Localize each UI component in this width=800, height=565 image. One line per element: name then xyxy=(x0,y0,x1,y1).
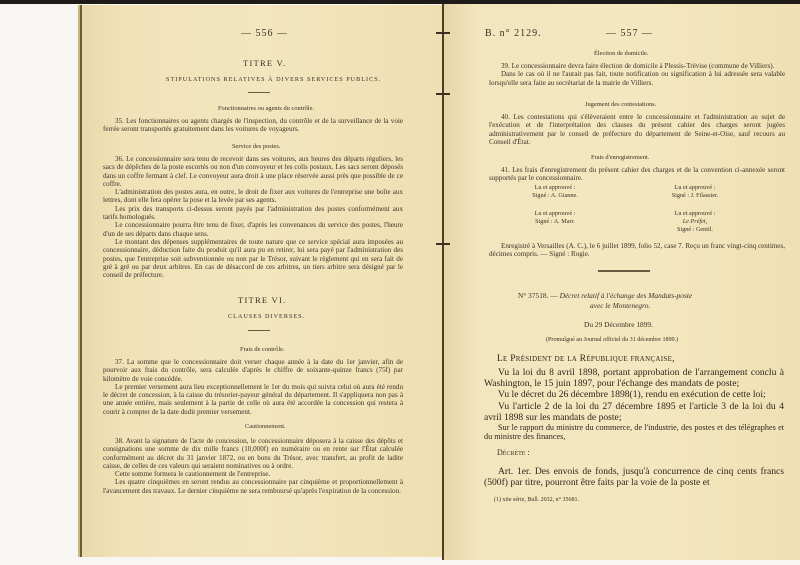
left-page-number: — 556 — xyxy=(241,28,288,39)
signature-gianne: Lu et approuvé : Signé : A. Gianne. xyxy=(510,184,600,200)
title-v-subtitle: STIPULATIONS RELATIVES À DIVERS SERVICES… xyxy=(166,76,381,83)
right-page-number: — 557 — xyxy=(606,28,653,39)
decree-considerations: Vu la loi du 8 avril 1898, portant appro… xyxy=(484,367,784,442)
book-spine xyxy=(442,4,444,560)
decrees-label: Décrète : xyxy=(497,448,530,457)
signature-prefet: Lu et approuvé : Le Préfet, Signé : Gent… xyxy=(650,210,740,234)
section-heading-domicile: Élection de domicile. xyxy=(594,50,648,57)
section-heading-cautionnement: Cautionnement. xyxy=(245,423,286,430)
article-38: 38. Avant la signature de l'acte de conc… xyxy=(103,437,403,495)
bulletin-number: B. n° 2129. xyxy=(485,28,542,39)
article-39: 39. Le concessionnaire devra faire élect… xyxy=(489,62,785,87)
binding-stitch xyxy=(436,32,450,34)
section-heading-contestations: Jugement des contestations. xyxy=(585,101,656,108)
article-40: 40. Les contestations qui s'élèveraient … xyxy=(489,113,785,146)
section-heading-controle: Fonctionnaires ou agents du contrôle. xyxy=(218,105,314,112)
signature-filassier: Lu et approuvé : Signé : J. Filassier. xyxy=(650,184,740,200)
section-heading-enregistrement: Frais d'enregistrement. xyxy=(591,154,649,161)
divider xyxy=(248,330,270,331)
article-1: Art. 1er. Des envois de fonds, jusqu'à c… xyxy=(484,466,784,488)
title-vi: TITRE VI. xyxy=(238,295,286,305)
article-41: 41. Les frais d'enregistrement du présen… xyxy=(489,166,785,183)
decree-title: N° 37518. — Décret relatif à l'échange d… xyxy=(518,291,692,300)
title-vi-subtitle: CLAUSES DIVERSES. xyxy=(228,313,305,320)
section-heading-postes: Service des postes. xyxy=(232,143,280,150)
title-v: TITRE V. xyxy=(243,58,286,68)
article-36: 36. Le concessionnaire sera tenu de rece… xyxy=(103,155,403,279)
registration-note: Enregistré à Versailles (A. C.), le 6 ju… xyxy=(489,242,785,259)
article-37: 37. La somme que le concessionnaire doit… xyxy=(103,358,403,416)
binding-stitch xyxy=(436,243,450,245)
decree-title-line2: avec le Montenegro. xyxy=(590,301,650,310)
section-heading-frais-controle: Frais de contrôle. xyxy=(240,346,285,353)
promulgation-note: (Promulgué au Journal officiel du 31 déc… xyxy=(546,337,678,343)
preamble: Le Président de la République française, xyxy=(497,354,675,364)
section-divider xyxy=(598,270,650,272)
signature-marr: Lu et approuvé : Signé : A. Marr. xyxy=(510,210,600,226)
decree-date: Du 29 Décembre 1899. xyxy=(584,320,653,329)
binding-stitch xyxy=(436,93,450,95)
divider xyxy=(248,92,270,93)
article-35: 35. Les fonctionnaires ou agents chargés… xyxy=(103,117,403,134)
footnote: (1) xiie série, Bull. 2032, n° 35681. xyxy=(494,497,579,503)
